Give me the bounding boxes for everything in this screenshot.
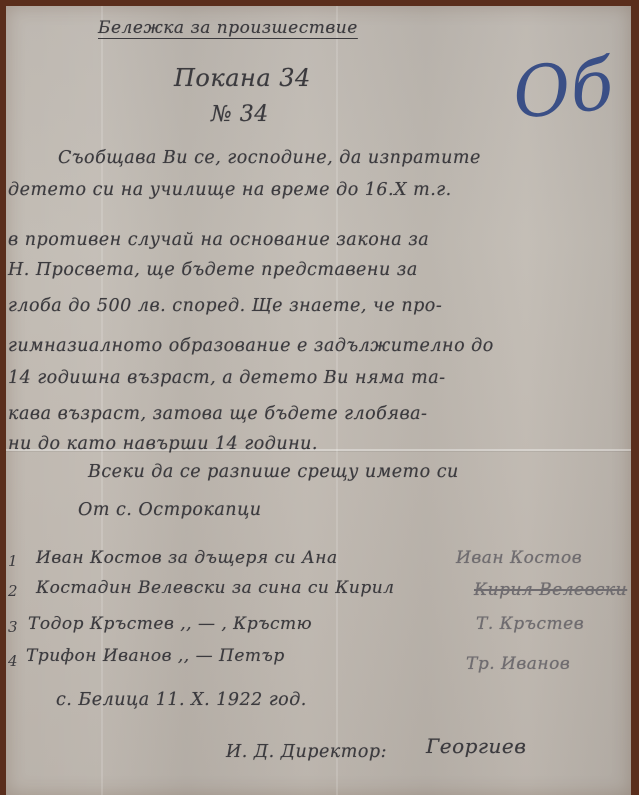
document-heading: Бележка за произшествие: [98, 18, 358, 38]
paper-crease: [101, 6, 103, 795]
body-line: кава възраст, затова ще бъдете глобява-: [8, 404, 427, 424]
body-line: ни до като навърши 14 години.: [8, 434, 318, 454]
body-line: детето си на училище на време до 16.X т.…: [8, 180, 452, 200]
signature-instruction: Всеки да се разпише срещу името си: [88, 462, 459, 482]
recipient-text: Тодор Кръстев ,, — , Кръстю: [28, 614, 312, 634]
body-line: гимназиалното образование е задължително…: [8, 336, 494, 356]
body-line: в противен случай на основание закона за: [8, 230, 429, 250]
paper-crease: [336, 6, 338, 795]
body-line: Съобщава Ви се, господине, да изпратите: [58, 148, 481, 168]
recipient-signature: Т. Кръстев: [476, 614, 584, 634]
recipient-text: Трифон Иванов ,, — Петър: [26, 646, 285, 666]
photo-frame: Бележка за произшествие Об Покана 34 № 3…: [0, 0, 639, 795]
margin-registration-mark: Об: [510, 49, 617, 129]
recipient-number: 3: [8, 618, 18, 636]
body-line: Н. Просвета, ще бъдете представени за: [8, 260, 418, 280]
recipient-text: Костадин Велевски за сина си Кирил: [36, 578, 395, 598]
village-line: От с. Острокапци: [78, 500, 262, 520]
document-title: Покана 34: [174, 64, 311, 92]
document-number: № 34: [211, 102, 269, 127]
document-paper: Бележка за произшествие Об Покана 34 № 3…: [6, 6, 631, 795]
recipient-number: 2: [8, 582, 18, 600]
director-title: И. Д. Директор:: [226, 742, 387, 762]
recipient-signature: Кирил Велевски: [474, 580, 627, 600]
recipient-signature: Иван Костов: [456, 548, 582, 568]
recipient-number: 1: [8, 552, 18, 570]
recipient-text: Иван Костов за дъщеря си Ана: [36, 548, 338, 568]
director-signature: Георгиев: [426, 734, 526, 758]
place-and-date: с. Белица 11. Х. 1922 год.: [56, 690, 307, 710]
body-line: 14 годишна възраст, а детето Ви няма та-: [8, 368, 446, 388]
body-line: глоба до 500 лв. според. Ще знаете, че п…: [8, 296, 442, 316]
recipient-signature: Тр. Иванов: [466, 654, 570, 674]
recipient-number: 4: [8, 652, 18, 670]
